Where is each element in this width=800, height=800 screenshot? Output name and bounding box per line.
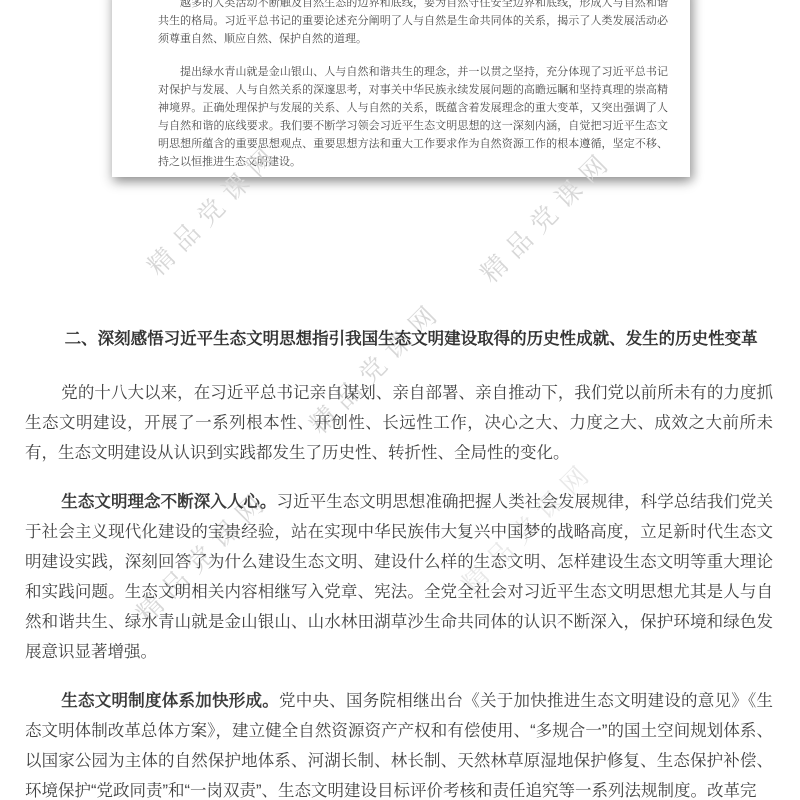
paragraph-lead: 生态文明制度体系加快形成。	[61, 692, 279, 710]
article-body: 二、深刻感悟习近平生态文明思想指引我国生态文明建设取得的历史性成就、发生的历史性…	[25, 328, 773, 800]
document-viewer: 越多的人类活动不断触及自然生态的边界和底线，要为自然守住安全边界和底线，形成人与…	[0, 0, 800, 800]
document-page-preview: 越多的人类活动不断触及自然生态的边界和底线，要为自然守住安全边界和底线，形成人与…	[112, 0, 690, 177]
section-heading: 二、深刻感悟习近平生态文明思想指引我国生态文明建设取得的历史性成就、发生的历史性…	[25, 328, 773, 350]
article-paragraph: 生态文明制度体系加快形成。党中央、国务院相继出台《关于加快推进生态文明建设的意见…	[25, 686, 773, 800]
page-paragraph: 越多的人类活动不断触及自然生态的边界和底线，要为自然守住安全边界和底线，形成人与…	[158, 0, 668, 48]
page-paragraph: 提出绿水青山就是金山银山、人与自然和谐共生的理念，并一以贯之坚持，充分体现了习近…	[158, 63, 668, 171]
article-paragraph: 生态文明理念不断深入人心。习近平生态文明思想准确把握人类社会发展规律，科学总结我…	[25, 487, 773, 667]
paragraph-text: 习近平生态文明思想准确把握人类社会发展规律，科学总结我们党关于社会主义现代化建设…	[25, 493, 773, 661]
article-paragraph: 党的十八大以来，在习近平总书记亲自谋划、亲自部署、亲自推动下，我们党以前所未有的…	[25, 378, 773, 468]
paragraph-text: 党的十八大以来，在习近平总书记亲自谋划、亲自部署、亲自推动下，我们党以前所未有的…	[25, 384, 773, 462]
paragraph-lead: 生态文明理念不断深入人心。	[61, 493, 276, 511]
